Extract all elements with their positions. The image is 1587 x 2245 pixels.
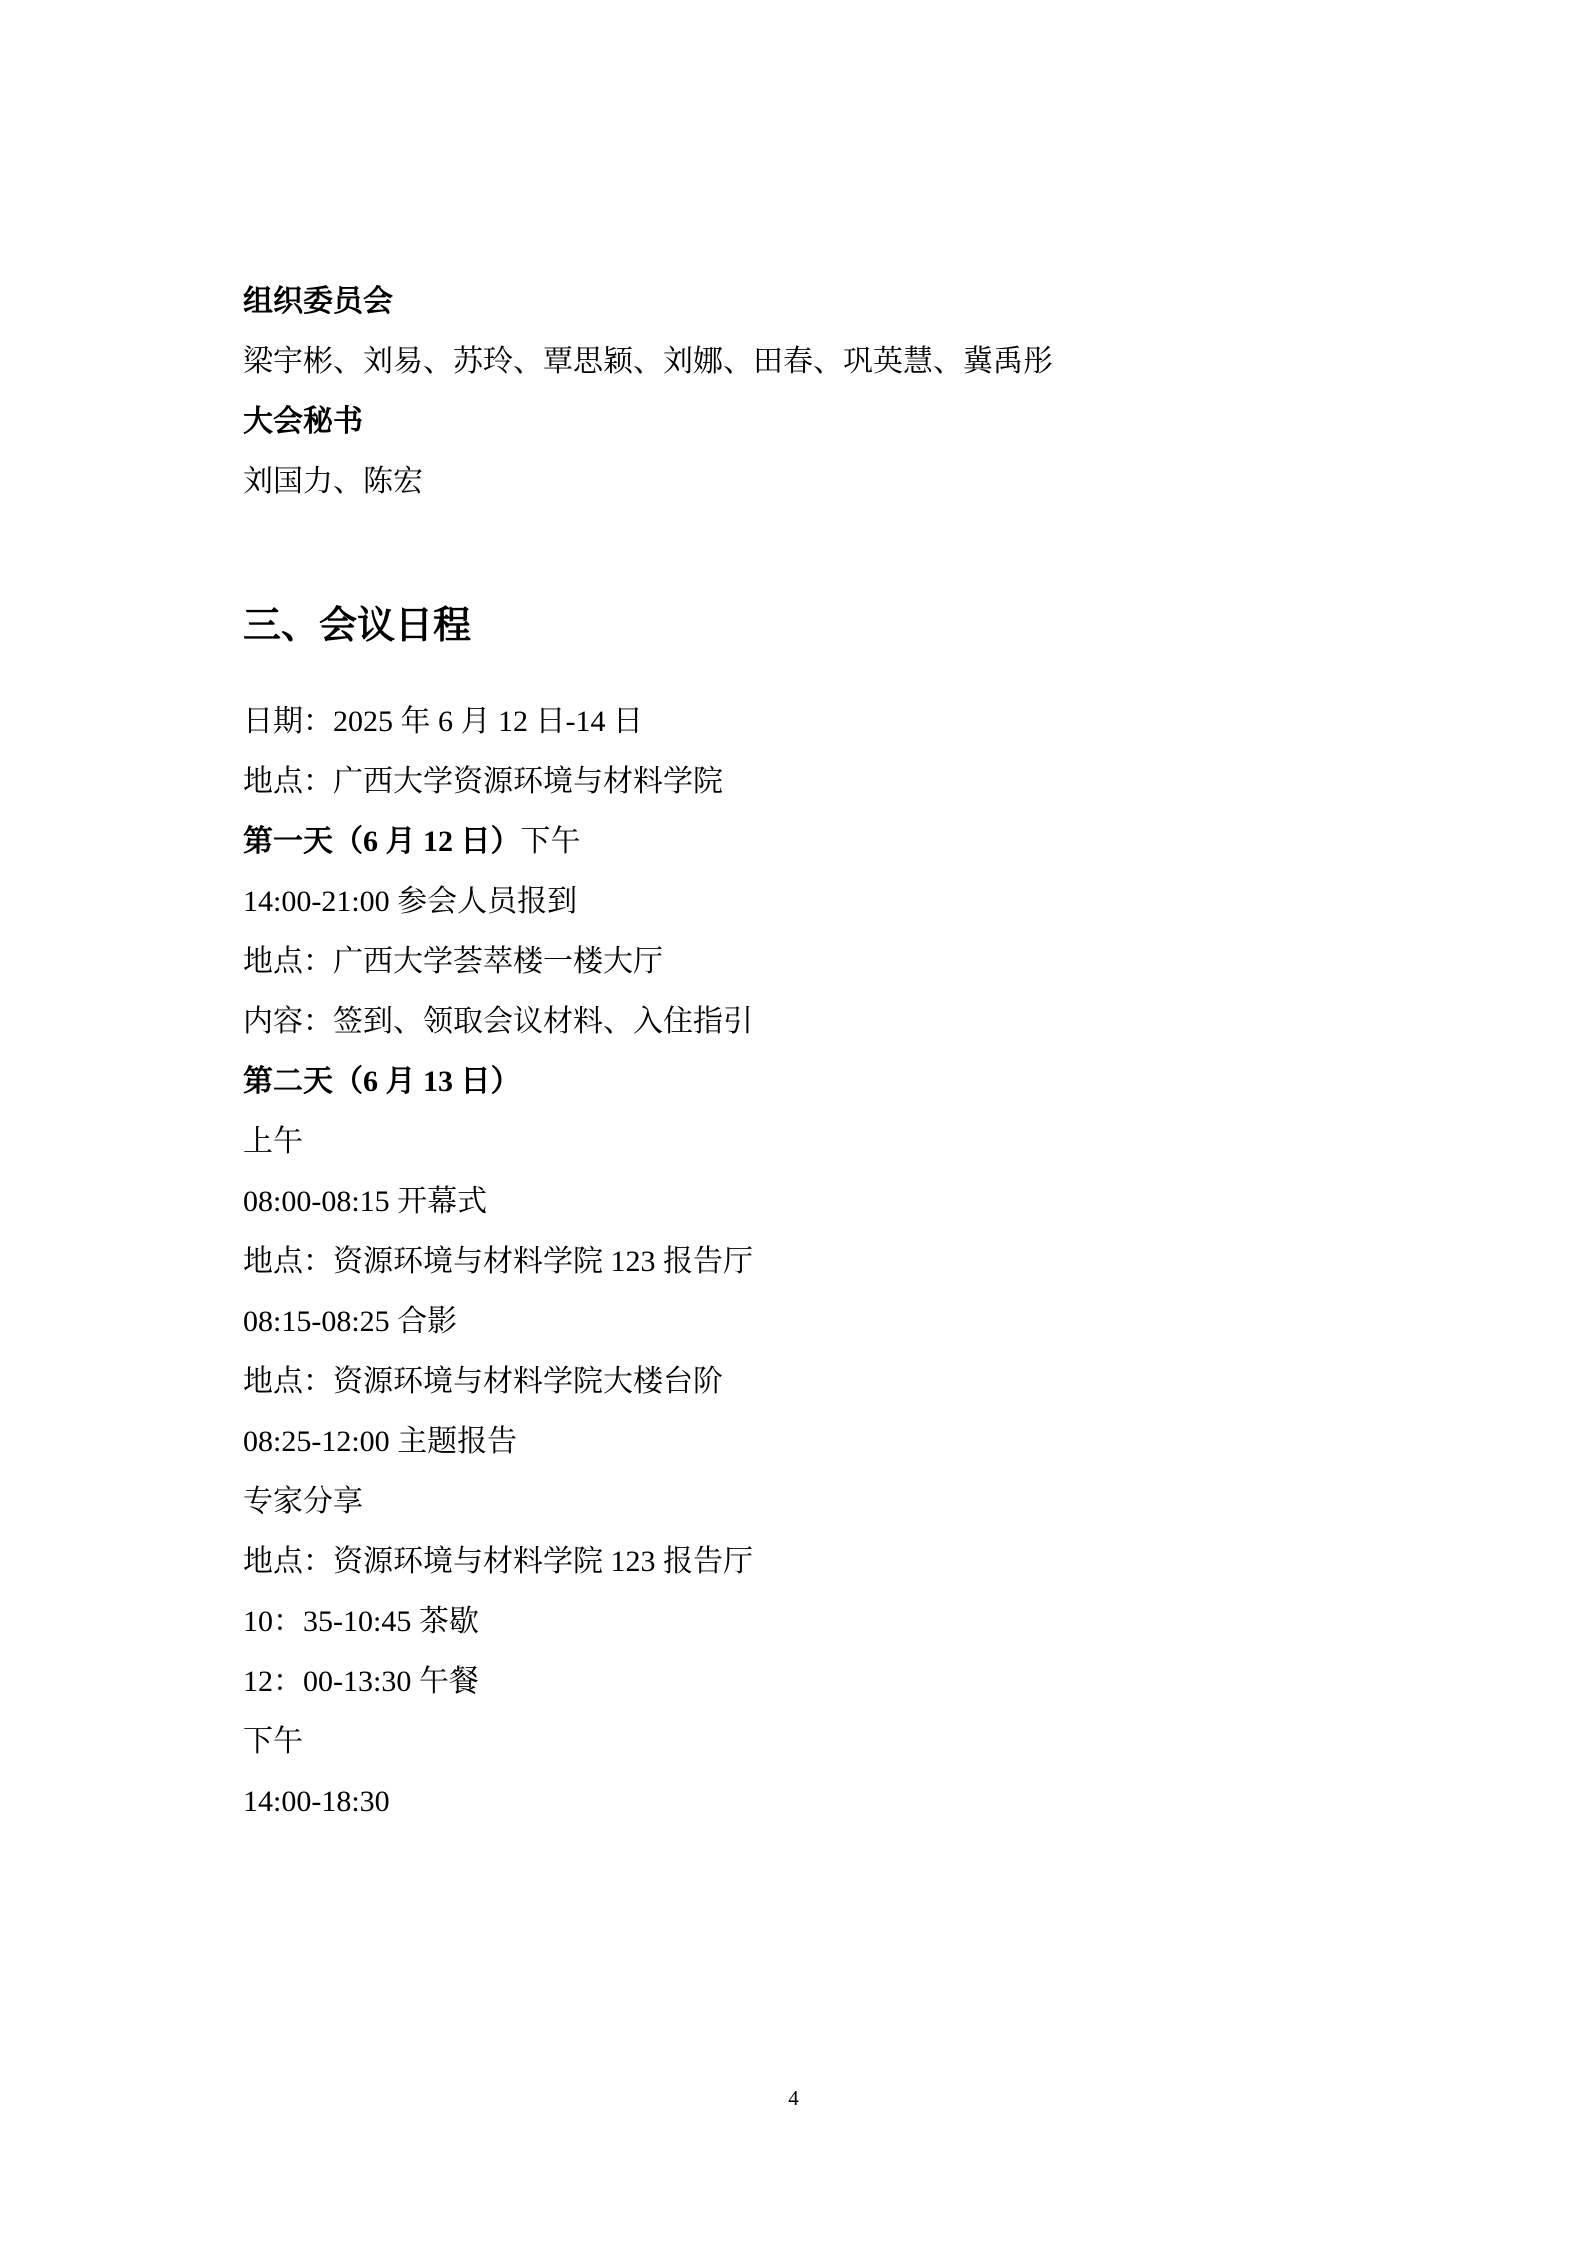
page-number: 4 <box>0 2088 1587 2109</box>
agenda-section-title: 三、会议日程 <box>243 604 1353 648</box>
afternoon-time-line: 14:00-18:30 <box>243 1787 1353 1817</box>
secretary-heading: 大会秘书 <box>243 407 1353 437</box>
group-photo-line: 08:15-08:25 合影 <box>243 1307 1353 1337</box>
day1-heading-bold: 第一天（6 月 12 日） <box>243 825 521 858</box>
day1-heading-suffix: 下午 <box>521 825 581 858</box>
day1-registration-line: 14:00-21:00 参会人员报到 <box>243 887 1353 917</box>
lunch-line: 12：00-13:30 午餐 <box>243 1667 1353 1697</box>
keynote-line: 08:25-12:00 主题报告 <box>243 1427 1353 1457</box>
keynote-venue-line: 地点：资源环境与材料学院 123 报告厅 <box>243 1547 1353 1577</box>
page-content: 组织委员会 梁宇彬、刘易、苏玲、覃思颖、刘娜、田春、巩英慧、冀禹彤 大会秘书 刘… <box>243 287 1353 1847</box>
day1-heading: 第一天（6 月 12 日）下午 <box>243 827 1353 857</box>
tea-break-line: 10：35-10:45 茶歇 <box>243 1607 1353 1637</box>
opening-ceremony-line: 08:00-08:15 开幕式 <box>243 1187 1353 1217</box>
expert-sharing-line: 专家分享 <box>243 1487 1353 1517</box>
day1-venue-line: 地点：广西大学荟萃楼一楼大厅 <box>243 947 1353 977</box>
opening-venue-line: 地点：资源环境与材料学院 123 报告厅 <box>243 1247 1353 1277</box>
org-committee-members: 梁宇彬、刘易、苏玲、覃思颖、刘娜、田春、巩英慧、冀禹彤 <box>243 347 1353 377</box>
agenda-date-line: 日期：2025 年 6 月 12 日-14 日 <box>243 707 1353 737</box>
day2-heading: 第二天（6 月 13 日） <box>243 1067 1353 1097</box>
day2-morning-label: 上午 <box>243 1127 1353 1157</box>
agenda-venue-line: 地点：广西大学资源环境与材料学院 <box>243 767 1353 797</box>
day2-afternoon-label: 下午 <box>243 1727 1353 1757</box>
secretary-members: 刘国力、陈宏 <box>243 467 1353 497</box>
day1-content-line: 内容：签到、领取会议材料、入住指引 <box>243 1007 1353 1037</box>
photo-venue-line: 地点：资源环境与材料学院大楼台阶 <box>243 1367 1353 1397</box>
org-committee-heading: 组织委员会 <box>243 287 1353 317</box>
document-page: 组织委员会 梁宇彬、刘易、苏玲、覃思颖、刘娜、田春、巩英慧、冀禹彤 大会秘书 刘… <box>0 0 1587 2245</box>
